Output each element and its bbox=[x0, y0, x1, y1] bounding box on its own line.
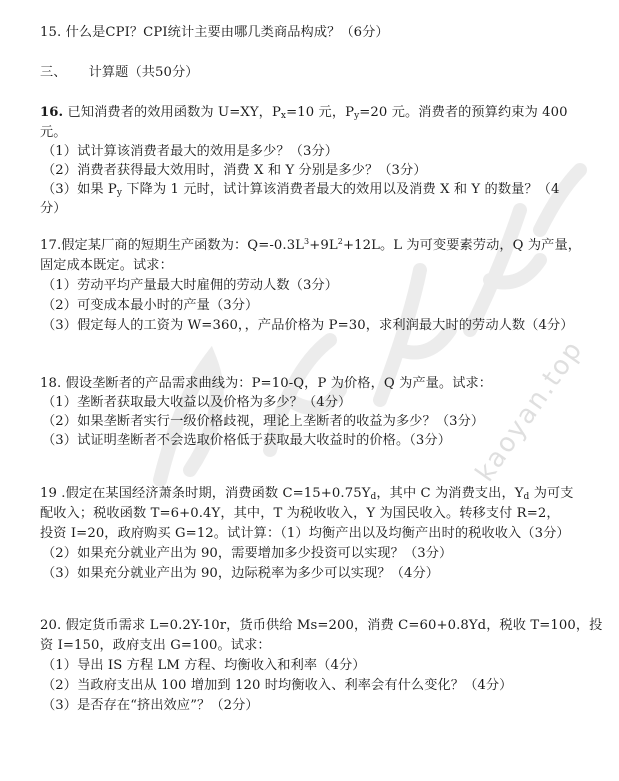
q16-text-b: =10 元，P bbox=[286, 105, 354, 120]
question-16-part-3: （3）如果 Py 下降为 1 元时，试计算该消费者最大的效用以及消费 X 和 Y… bbox=[42, 180, 559, 200]
question-18-part-1: （1）垄断者获取最大收益以及价格为多少？（4分） bbox=[42, 393, 351, 413]
q19-text-b: ，其中 C 为消费支出，Y bbox=[376, 486, 523, 501]
question-20-stem: 20. 假定货币需求 L=0.2Y-10r，货币供给 Ms=200，消费 C=6… bbox=[40, 616, 602, 636]
question-19-stem: 19 .假定在某国经济萧条时期，消费函数 C=15+0.75Yd，其中 C 为消… bbox=[40, 484, 574, 504]
question-18-part-3: （3）试证明垄断者不会选取价格低于获取最大收益时的价格。（3分） bbox=[42, 431, 451, 451]
question-number: 16. bbox=[40, 105, 63, 120]
question-16-part-3-line2: 分） bbox=[40, 199, 67, 219]
question-20-part-3: （3）是否存在“挤出效应”？（2分） bbox=[42, 696, 259, 716]
question-15: 15. 什么是CPI？CPI统计主要由哪几类商品构成？（6分） bbox=[40, 23, 389, 43]
question-19-stem-line2: 配收入；税收函数 T=6+0.4Y，其中，T 为税收收入，Y 为国民收入。转移支… bbox=[40, 504, 560, 524]
q19-text-a: 19 .假定在某国经济萧条时期，消费函数 C=15+0.75Y bbox=[40, 486, 371, 501]
q16-text-a: 已知消费者的效用函数为 U=XY，P bbox=[63, 105, 281, 120]
question-19-part-2: （2）如果充分就业产出为 90，需要增加多少投资可以实现？（3分） bbox=[42, 544, 452, 564]
q17-text-b: +9L bbox=[309, 238, 338, 253]
question-16-stem: 16. 已知消费者的效用函数为 U=XY，Px=10 元，Py=20 元。消费者… bbox=[40, 103, 568, 123]
q16-text-c: =20 元。消费者的预算约束为 400 bbox=[359, 105, 567, 120]
question-18-stem: 18. 假设垄断者的产品需求曲线为：P=10-Q，P 为价格，Q 为产量。试求： bbox=[40, 374, 492, 394]
question-20-stem-line2: 资 I=150，政府支出 G=100。试求： bbox=[40, 636, 271, 656]
exam-page: kaoyan.top 15. 什么是CPI？CPI统计主要由哪几类商品构成？（6… bbox=[0, 0, 619, 781]
question-17-stem: 17.假定某厂商的短期生产函数为：Q=-0.3L3+9L2+12L。L 为可变要… bbox=[40, 236, 581, 256]
question-17-part-3: （3）假定每人的工资为 W=360，，产品价格为 P=30，求利润最大时的劳动人… bbox=[42, 316, 574, 336]
url-watermark: kaoyan.top bbox=[470, 335, 589, 487]
section-title: 计算题（共50分） bbox=[89, 65, 199, 80]
section-3-heading: 三、计算题（共50分） bbox=[40, 63, 199, 83]
question-16-stem-line2: 元。 bbox=[40, 123, 67, 143]
q17-text-a: 17.假定某厂商的短期生产函数为：Q=-0.3L bbox=[40, 238, 304, 253]
q17-text-c: +12L。L 为可变要素劳动，Q 为产量， bbox=[343, 238, 581, 253]
q16-p3-text-a: （3）如果 P bbox=[42, 182, 117, 197]
question-16-part-2: （2）消费者获得最大效用时，消费 X 和 Y 分别是多少？（3分） bbox=[42, 161, 427, 181]
q19-text-c: 为可支 bbox=[529, 486, 573, 501]
question-17-stem-line2: 固定成本既定。试求： bbox=[40, 256, 173, 276]
q16-p3-text-b: 下降为 1 元时，试计算该消费者最大的效用以及消费 X 和 Y 的数量？（4 bbox=[122, 182, 559, 197]
question-19-part-3: （3）如果充分就业产出为 90，边际税率为多少可以实现？（4分） bbox=[42, 564, 439, 584]
question-17-part-1: （1）劳动平均产量最大时雇佣的劳动人数（3分） bbox=[42, 276, 338, 296]
section-number: 三、 bbox=[40, 65, 67, 80]
question-20-part-2: （2）当政府支出从 100 增加到 120 时均衡收入、利率会有什么变化？（4分… bbox=[42, 676, 512, 696]
question-16-part-1: （1）试计算该消费者最大的效用是多少？（3分） bbox=[42, 142, 338, 162]
question-19-stem-line3: 投资 I=20，政府购买 G=12。试计算：（1）均衡产出以及均衡产出时的税收收… bbox=[40, 524, 570, 544]
question-17-part-2: （2）可变成本最小时的产量（3分） bbox=[42, 296, 258, 316]
question-18-part-2: （2）如果垄断者实行一级价格歧视，理论上垄断者的收益为多少？（3分） bbox=[42, 412, 484, 432]
question-20-part-1: （1）导出 IS 方程 LM 方程、均衡收入和利率（4分） bbox=[42, 656, 366, 676]
